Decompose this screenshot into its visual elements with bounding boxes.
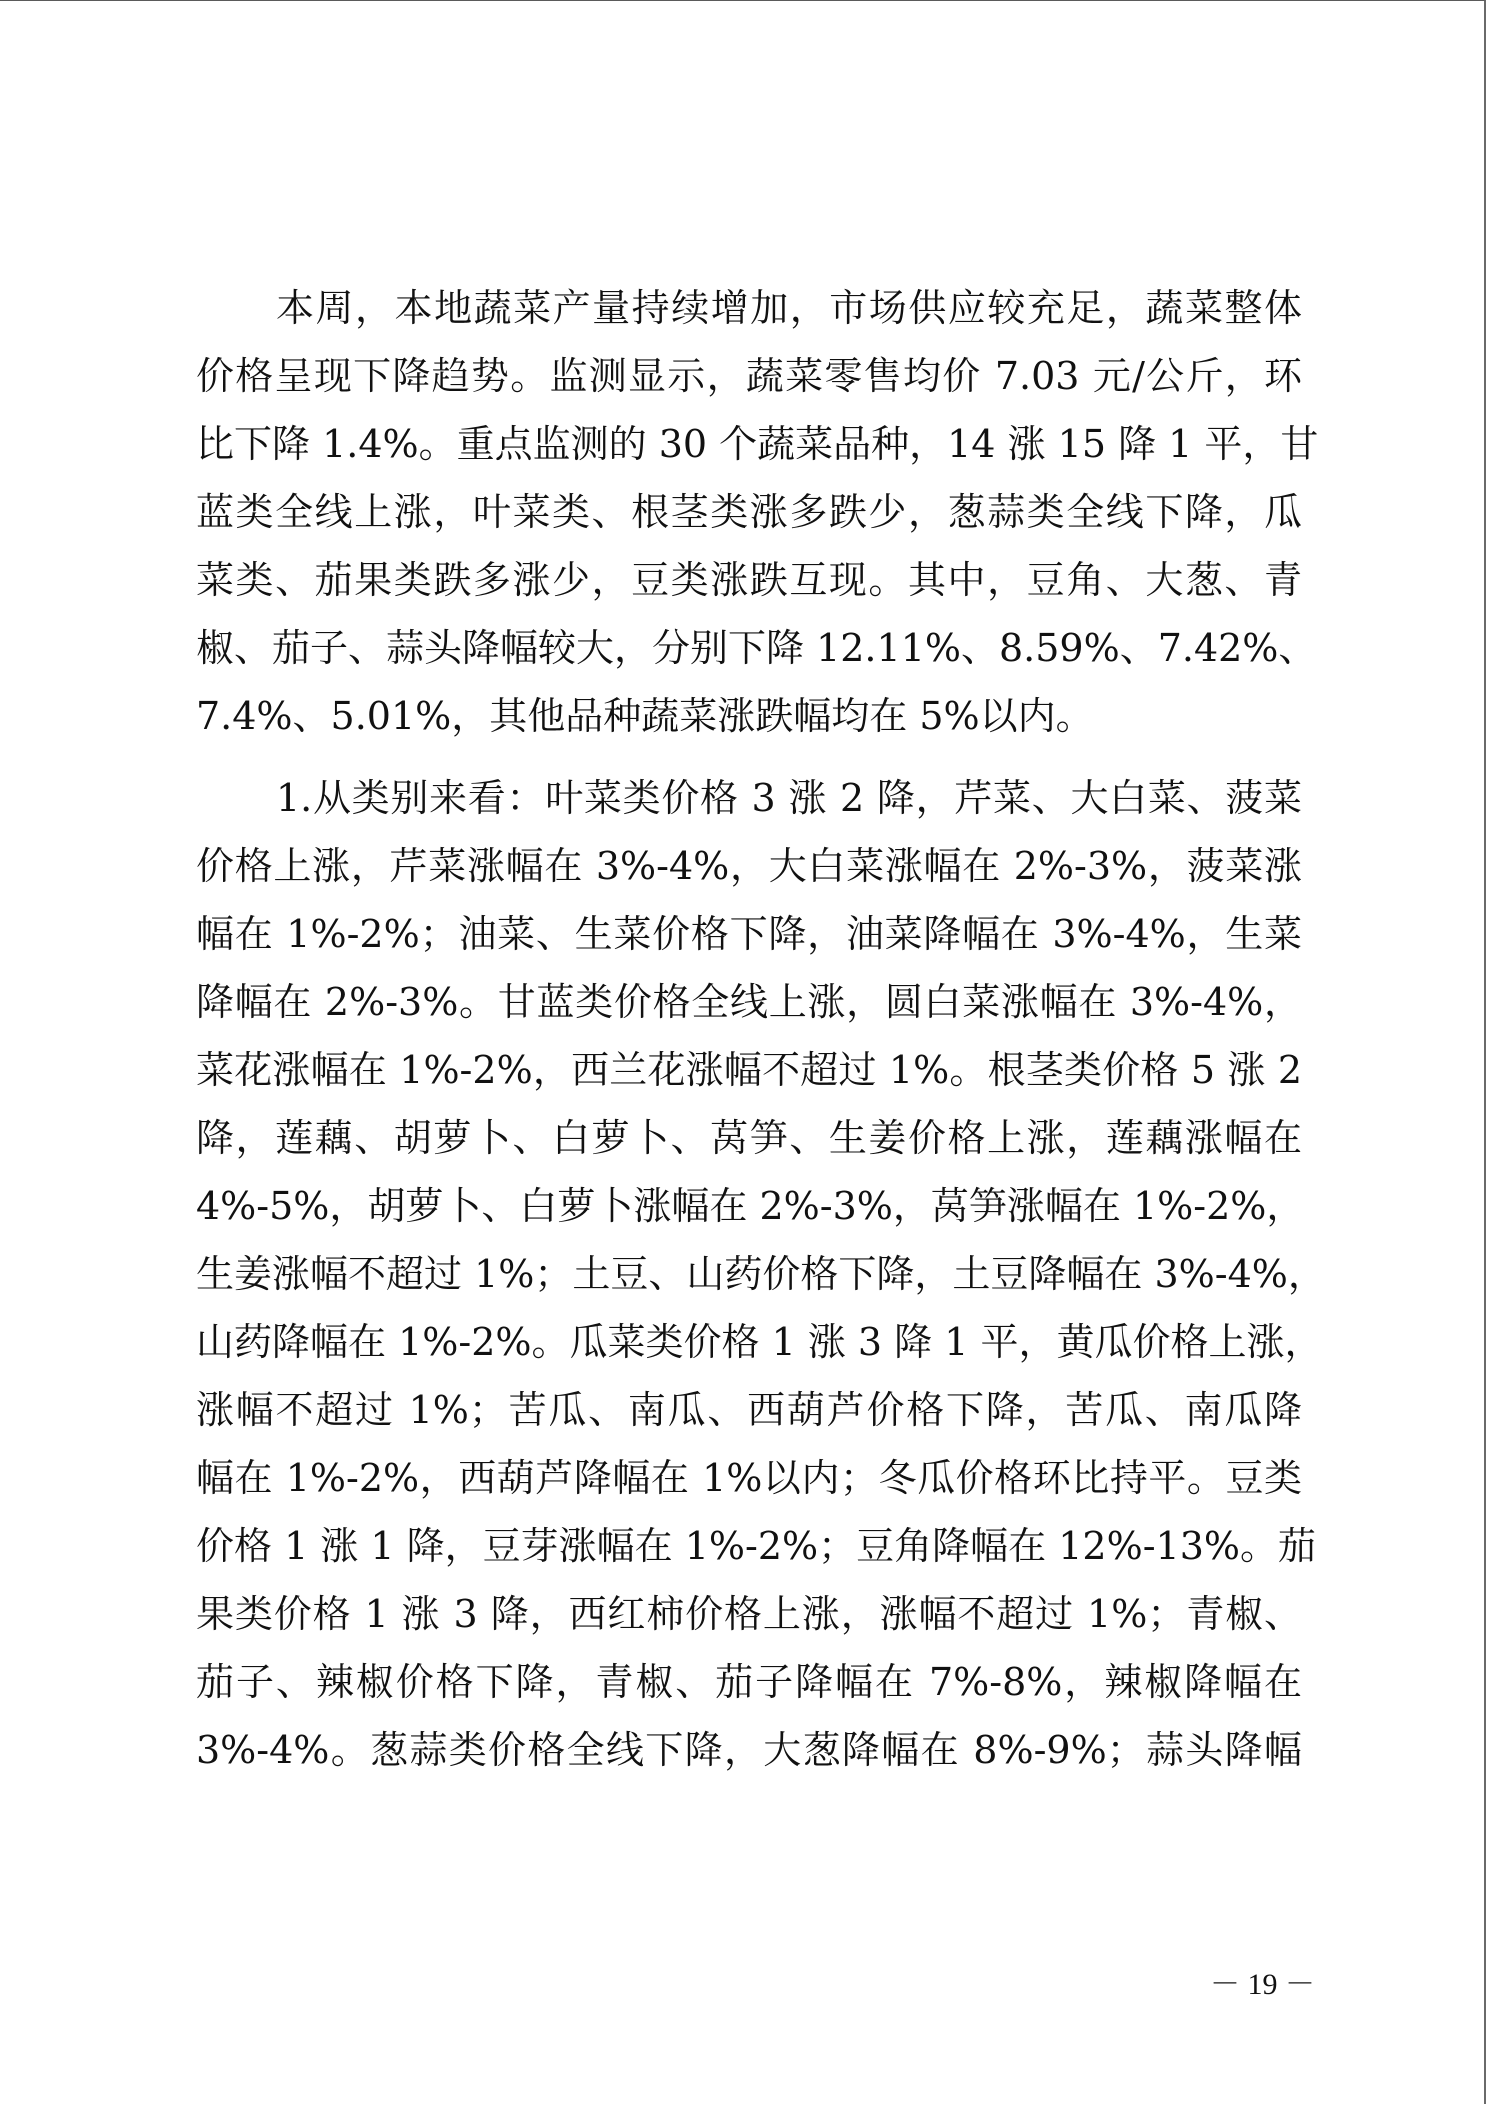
text-line: 蓝类全线上涨，叶菜类、根茎类涨多跌少，葱蒜类全线下降，瓜 (196, 485, 1302, 539)
text-line: 比下降 1.4%。重点监测的 30 个蔬菜品种，14 涨 15 降 1 平，甘 (196, 417, 1302, 471)
text-line: 幅在 1%-2%，西葫芦降幅在 1%以内；冬瓜价格环比持平。豆类 (196, 1451, 1302, 1505)
text-line: 椒、茄子、蒜头降幅较大，分别下降 12.11%、8.59%、7.42%、 (196, 621, 1302, 675)
page-number: － 19 － (1210, 1959, 1315, 2003)
text-line: 降，莲藕、胡萝卜、白萝卜、莴笋、生姜价格上涨，莲藕涨幅在 (196, 1111, 1302, 1165)
text-line: 价格呈现下降趋势。监测显示，蔬菜零售均价 7.03 元/公斤，环 (196, 349, 1302, 403)
text-line: 价格 1 涨 1 降，豆芽涨幅在 1%-2%；豆角降幅在 12%-13%。茄 (196, 1519, 1302, 1573)
text-line: 1.从类别来看：叶菜类价格 3 涨 2 降，芹菜、大白菜、菠菜 (196, 771, 1302, 825)
text-line: 涨幅不超过 1%；苦瓜、南瓜、西葫芦价格下降，苦瓜、南瓜降 (196, 1383, 1302, 1437)
text-line: 3%-4%。葱蒜类价格全线下降，大葱降幅在 8%-9%；蒜头降幅 (196, 1723, 1302, 1777)
document-page: 本周，本地蔬菜产量持续增加，市场供应较充足，蔬菜整体 价格呈现下降趋势。监测显示… (0, 0, 1486, 2104)
text-line: 生姜涨幅不超过 1%；土豆、山药价格下降，土豆降幅在 3%-4%， (196, 1247, 1302, 1301)
text-line: 本周，本地蔬菜产量持续增加，市场供应较充足，蔬菜整体 (196, 281, 1302, 335)
text-line: 茄子、辣椒价格下降，青椒、茄子降幅在 7%-8%，辣椒降幅在 (196, 1655, 1302, 1709)
text-line: 7.4%、5.01%，其他品种蔬菜涨跌幅均在 5%以内。 (196, 689, 1302, 743)
text-line: 4%-5%，胡萝卜、白萝卜涨幅在 2%-3%，莴笋涨幅在 1%-2%， (196, 1179, 1302, 1233)
text-line: 菜花涨幅在 1%-2%，西兰花涨幅不超过 1%。根茎类价格 5 涨 2 (196, 1043, 1302, 1097)
text-line: 果类价格 1 涨 3 降，西红柿价格上涨，涨幅不超过 1%；青椒、 (196, 1587, 1302, 1641)
text-line: 幅在 1%-2%；油菜、生菜价格下降，油菜降幅在 3%-4%，生菜 (196, 907, 1302, 961)
text-line: 山药降幅在 1%-2%。瓜菜类价格 1 涨 3 降 1 平，黄瓜价格上涨， (196, 1315, 1302, 1369)
text-line: 菜类、茄果类跌多涨少，豆类涨跌互现。其中，豆角、大葱、青 (196, 553, 1302, 607)
text-line: 价格上涨，芹菜涨幅在 3%-4%，大白菜涨幅在 2%-3%，菠菜涨 (196, 839, 1302, 893)
text-line: 降幅在 2%-3%。甘蓝类价格全线上涨，圆白菜涨幅在 3%-4%， (196, 975, 1302, 1029)
